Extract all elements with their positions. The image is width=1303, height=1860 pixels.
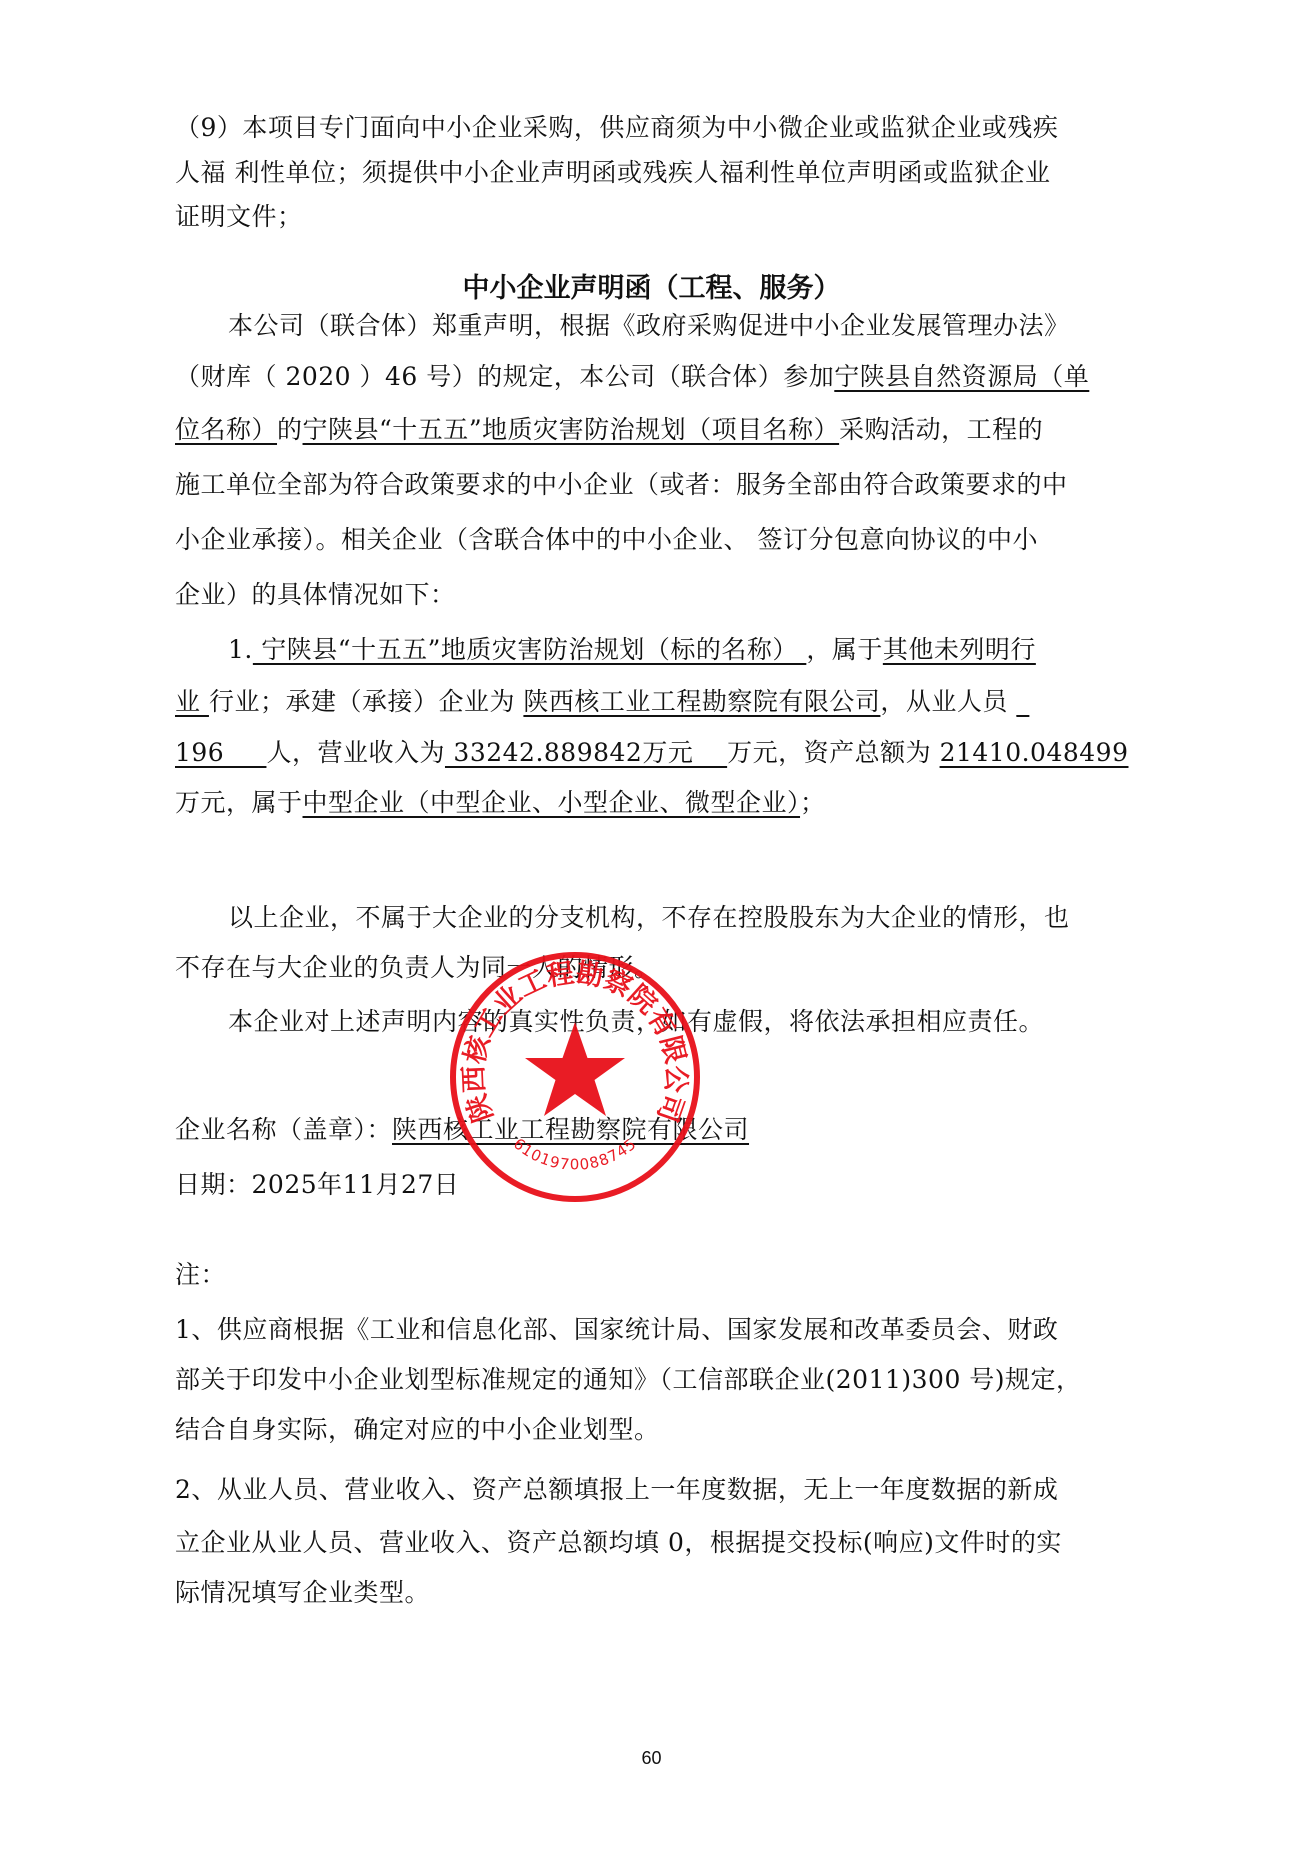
item-industry-cont: 业	[175, 687, 209, 716]
item-1-line-2: 业 行业；承建（承接）企业为 陕西核工业工程勘察院有限公司，从业人员 _	[175, 686, 1115, 718]
date-value: 2025年11月27日	[252, 1170, 460, 1199]
item-text: ；	[800, 788, 826, 817]
notes-heading: 注：	[175, 1259, 1115, 1291]
item-text: 行业；承建（承接）企业为	[209, 687, 523, 716]
note-1-line-1: 1、供应商根据《工业和信息化部、国家统计局、国家发展和改革委员会、财政	[175, 1314, 1115, 1346]
intro-line-2: 人福 利性单位；须提供中小企业声明函或残疾人福利性单位声明函或监狱企业	[175, 157, 1115, 189]
declaration-line-6: 企业）的具体情况如下：	[175, 579, 1115, 611]
item-employees: 196	[175, 738, 266, 767]
declaration-line-4: 施工单位全部为符合政策要求的中小企业（或者：服务全部由符合政策要求的中	[175, 469, 1115, 501]
item-text: ，从业人员	[880, 687, 1016, 716]
item-revenue: 33242.889842万元	[445, 738, 727, 767]
document-title: 中小企业声明函（工程、服务）	[0, 272, 1303, 306]
item-industry: 其他未列明行	[883, 635, 1036, 664]
intro-line-3: 证明文件；	[175, 201, 1115, 233]
intro-line-1: （9）本项目专门面向中小企业采购，供应商须为中小微企业或监狱企业或残疾	[175, 112, 1115, 144]
note-1-line-2: 部关于印发中小企业划型标准规定的通知》（工信部联企业(2011)300 号)规定…	[175, 1364, 1115, 1396]
project-name: 宁陕县“十五五”地质灾害防治规划（项目名称）	[303, 415, 840, 444]
closing-line-2: 不存在与大企业的负责人为同一人的情形。	[175, 952, 1115, 984]
purchaser-name-cont: 位名称）	[175, 415, 277, 444]
item-assets: 21410.048499	[940, 738, 1129, 767]
note-2-line-2: 立企业从业人员、营业收入、资产总额均填 0，根据提交投标(响应)文件时的实	[175, 1527, 1115, 1559]
declaration-line-3: 位名称）的宁陕县“十五五”地质灾害防治规划（项目名称）采购活动，工程的	[175, 414, 1115, 446]
item-project-name: 宁陕县“十五五”地质灾害防治规划（标的名称）	[253, 635, 806, 664]
date-label: 日期：	[175, 1170, 252, 1199]
signature-date: 日期：2025年11月27日	[175, 1169, 1115, 1201]
item-number: 1.	[228, 635, 253, 664]
declaration-text: （财库（ 2020 ）46 号）的规定，本公司（联合体）参加	[175, 362, 834, 391]
signature-company: 企业名称（盖章）：陕西核工业工程勘察院有限公司	[175, 1114, 1115, 1146]
company-seal-stamp: 陕西核工业工程勘察院有限公司 6101970088745	[448, 950, 702, 1204]
page-number: 60	[0, 1748, 1303, 1769]
seal-ring	[453, 955, 697, 1199]
item-1-line-3: 196 人，营业收入为 33242.889842万元 万元，资产总额为 2141…	[175, 737, 1115, 769]
declaration-text: 采购活动，工程的	[839, 415, 1043, 444]
closing-line-3: 本企业对上述声明内容的真实性负责，如有虚假，将依法承担相应责任。	[228, 1006, 1115, 1038]
company-name: 陕西核工业工程勘察院有限公司	[392, 1115, 749, 1144]
purchaser-name: 宁陕县自然资源局（单	[834, 362, 1089, 391]
item-company: 陕西核工业工程勘察院有限公司	[523, 687, 880, 716]
item-text: ，属于	[806, 635, 883, 664]
note-2-line-3: 际情况填写企业类型。	[175, 1577, 1115, 1609]
note-2-line-1: 2、从业人员、营业收入、资产总额填报上一年度数据，无上一年度数据的新成	[175, 1474, 1115, 1506]
item-text: 人，营业收入为	[266, 738, 445, 767]
note-1-line-3: 结合自身实际，确定对应的中小企业划型。	[175, 1414, 1115, 1446]
item-employees-blank: _	[1016, 687, 1029, 716]
declaration-line-1: 本公司（联合体）郑重声明，根据《政府采购促进中小企业发展管理办法》	[228, 310, 1115, 342]
closing-line-1: 以上企业，不属于大企业的分支机构，不存在控股股东为大企业的情形，也	[228, 902, 1115, 934]
item-1-line-1: 1. 宁陕县“十五五”地质灾害防治规划（标的名称） ，属于其他未列明行	[228, 634, 1115, 666]
company-label: 企业名称（盖章）：	[175, 1115, 392, 1144]
item-text: 万元，属于	[175, 788, 303, 817]
declaration-line-5: 小企业承接）。相关企业（含联合体中的中小企业、 签订分包意向协议的中小	[175, 524, 1115, 556]
item-enterprise-type: 中型企业（中型企业、小型企业、微型企业）	[303, 788, 801, 817]
item-1-line-4: 万元，属于中型企业（中型企业、小型企业、微型企业）；	[175, 787, 1115, 819]
declaration-line-2: （财库（ 2020 ）46 号）的规定，本公司（联合体）参加宁陕县自然资源局（单	[175, 361, 1115, 393]
item-text: 万元，资产总额为	[727, 738, 939, 767]
declaration-text: 的	[277, 415, 303, 444]
